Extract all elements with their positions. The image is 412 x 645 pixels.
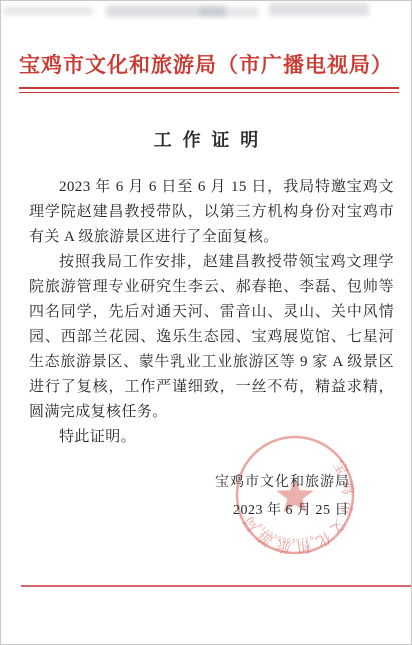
- document-title: 工作证明: [1, 126, 411, 152]
- scan-artifact: [3, 7, 93, 15]
- body-paragraph-2: 按照我局工作安排，赵建昌教授带领宝鸡文理学院旅游管理专业研究生李云、郝春艳、李磊…: [29, 250, 394, 425]
- letterhead-org-name: 宝鸡市文化和旅游局（市广播电视局）: [1, 49, 411, 79]
- document-body: 2023 年 6 月 6 日至 6 月 15 日，我局特邀宝鸡文理学院赵建昌教授…: [29, 175, 394, 450]
- letterhead-double-rule: [19, 87, 399, 93]
- body-paragraph-1: 2023 年 6 月 6 日至 6 月 15 日，我局特邀宝鸡文理学院赵建昌教授…: [29, 175, 394, 250]
- scan-artifact: [199, 7, 259, 17]
- signature-org-name: 宝鸡市文化和旅游局: [215, 471, 350, 491]
- scanned-work-certificate-page: 宝鸡市文化和旅游局（市广播电视局） 工作证明 2023 年 6 月 6 日至 6…: [0, 0, 412, 645]
- footer-red-rule: [21, 585, 411, 587]
- official-seal-stamp: 宝鸡市文化和旅游局 6103000039729: [233, 433, 357, 557]
- signature-date: 2023 年 6 月 25 日: [233, 499, 349, 519]
- scan-artifact: [269, 3, 369, 16]
